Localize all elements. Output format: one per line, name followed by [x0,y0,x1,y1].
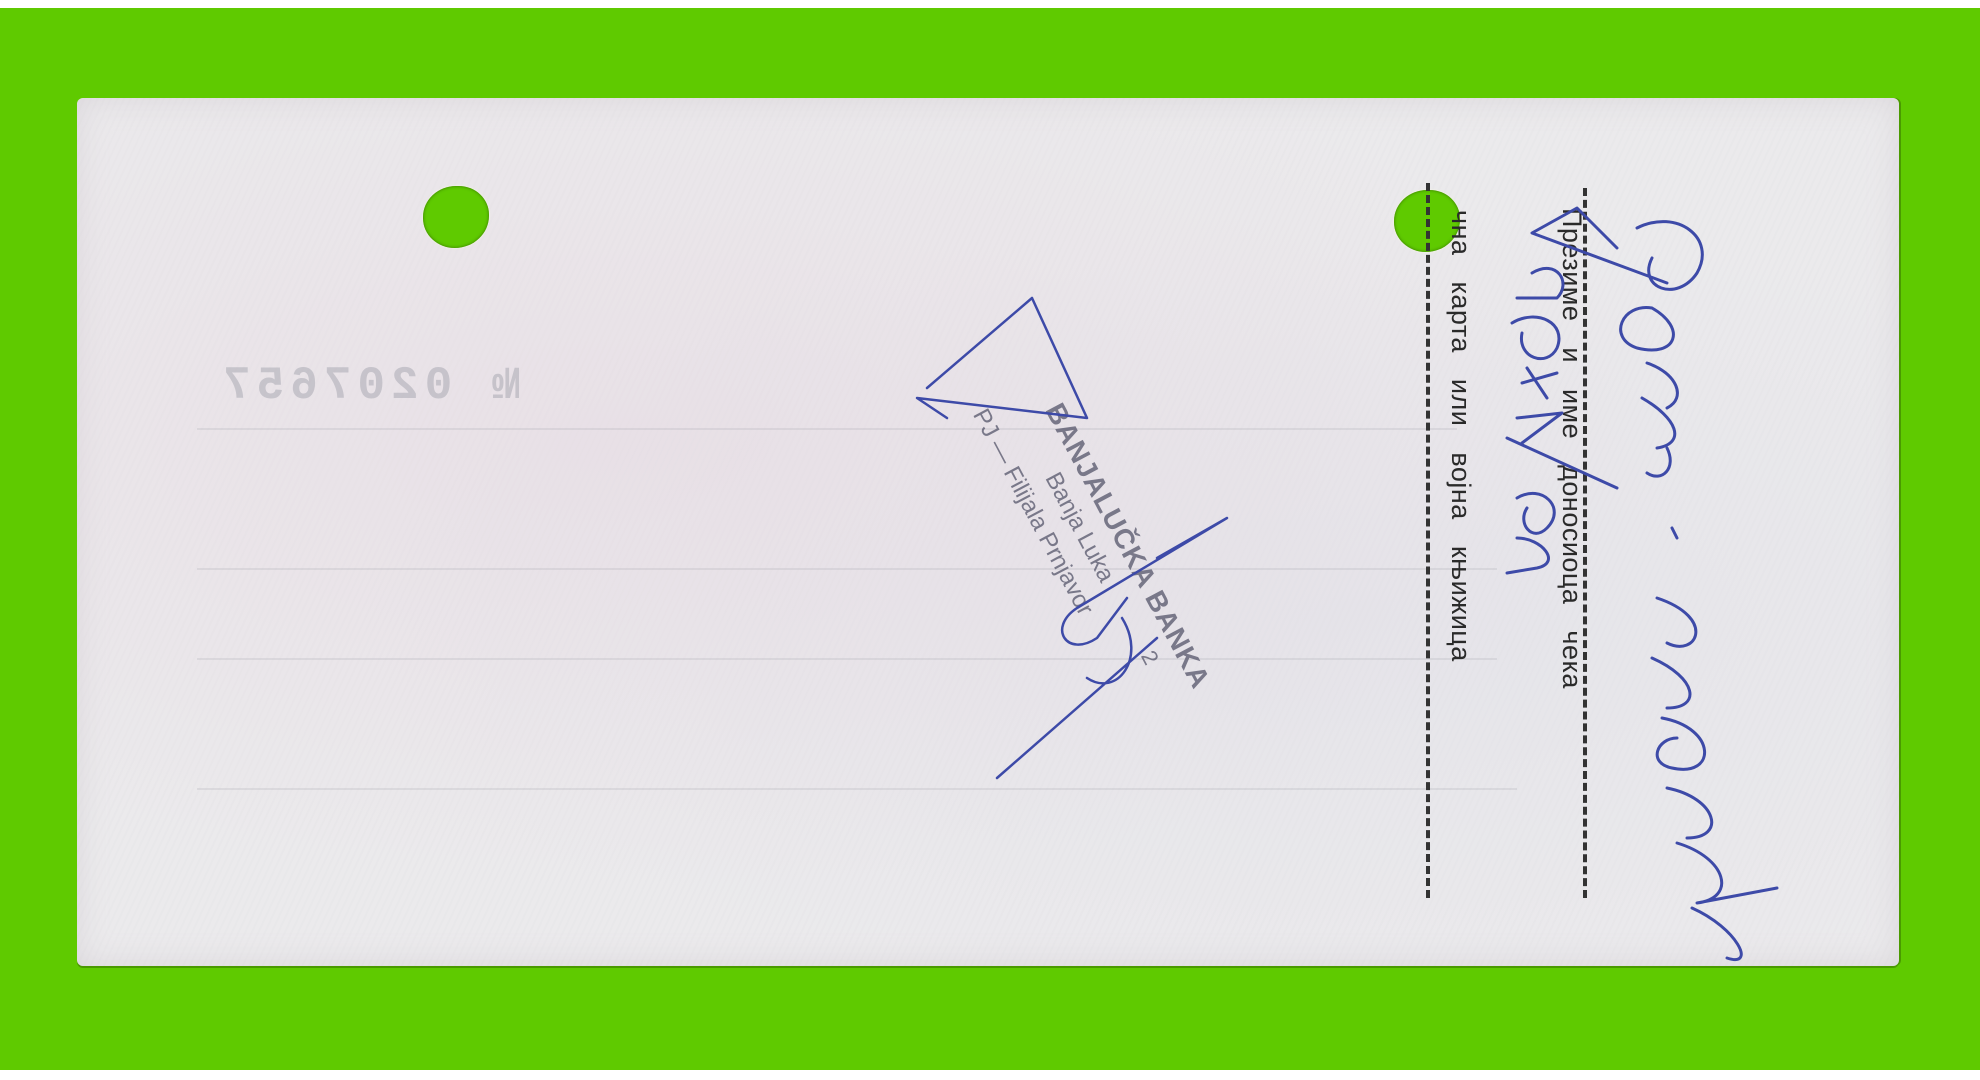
stamp-number: 2 [1135,646,1164,669]
cheque-reverse: № 0207657 Презиме и име доносиоца чека ч… [77,98,1899,966]
bearer-name-label: Презиме и име доносиоца чека [1556,208,1587,689]
id-document-dashed-line [1426,183,1430,898]
ghost-rule [197,428,1457,430]
id-document-label: чна карта или војна књижица [1445,210,1476,662]
serial-number-show-through: № 0207657 [217,360,519,412]
